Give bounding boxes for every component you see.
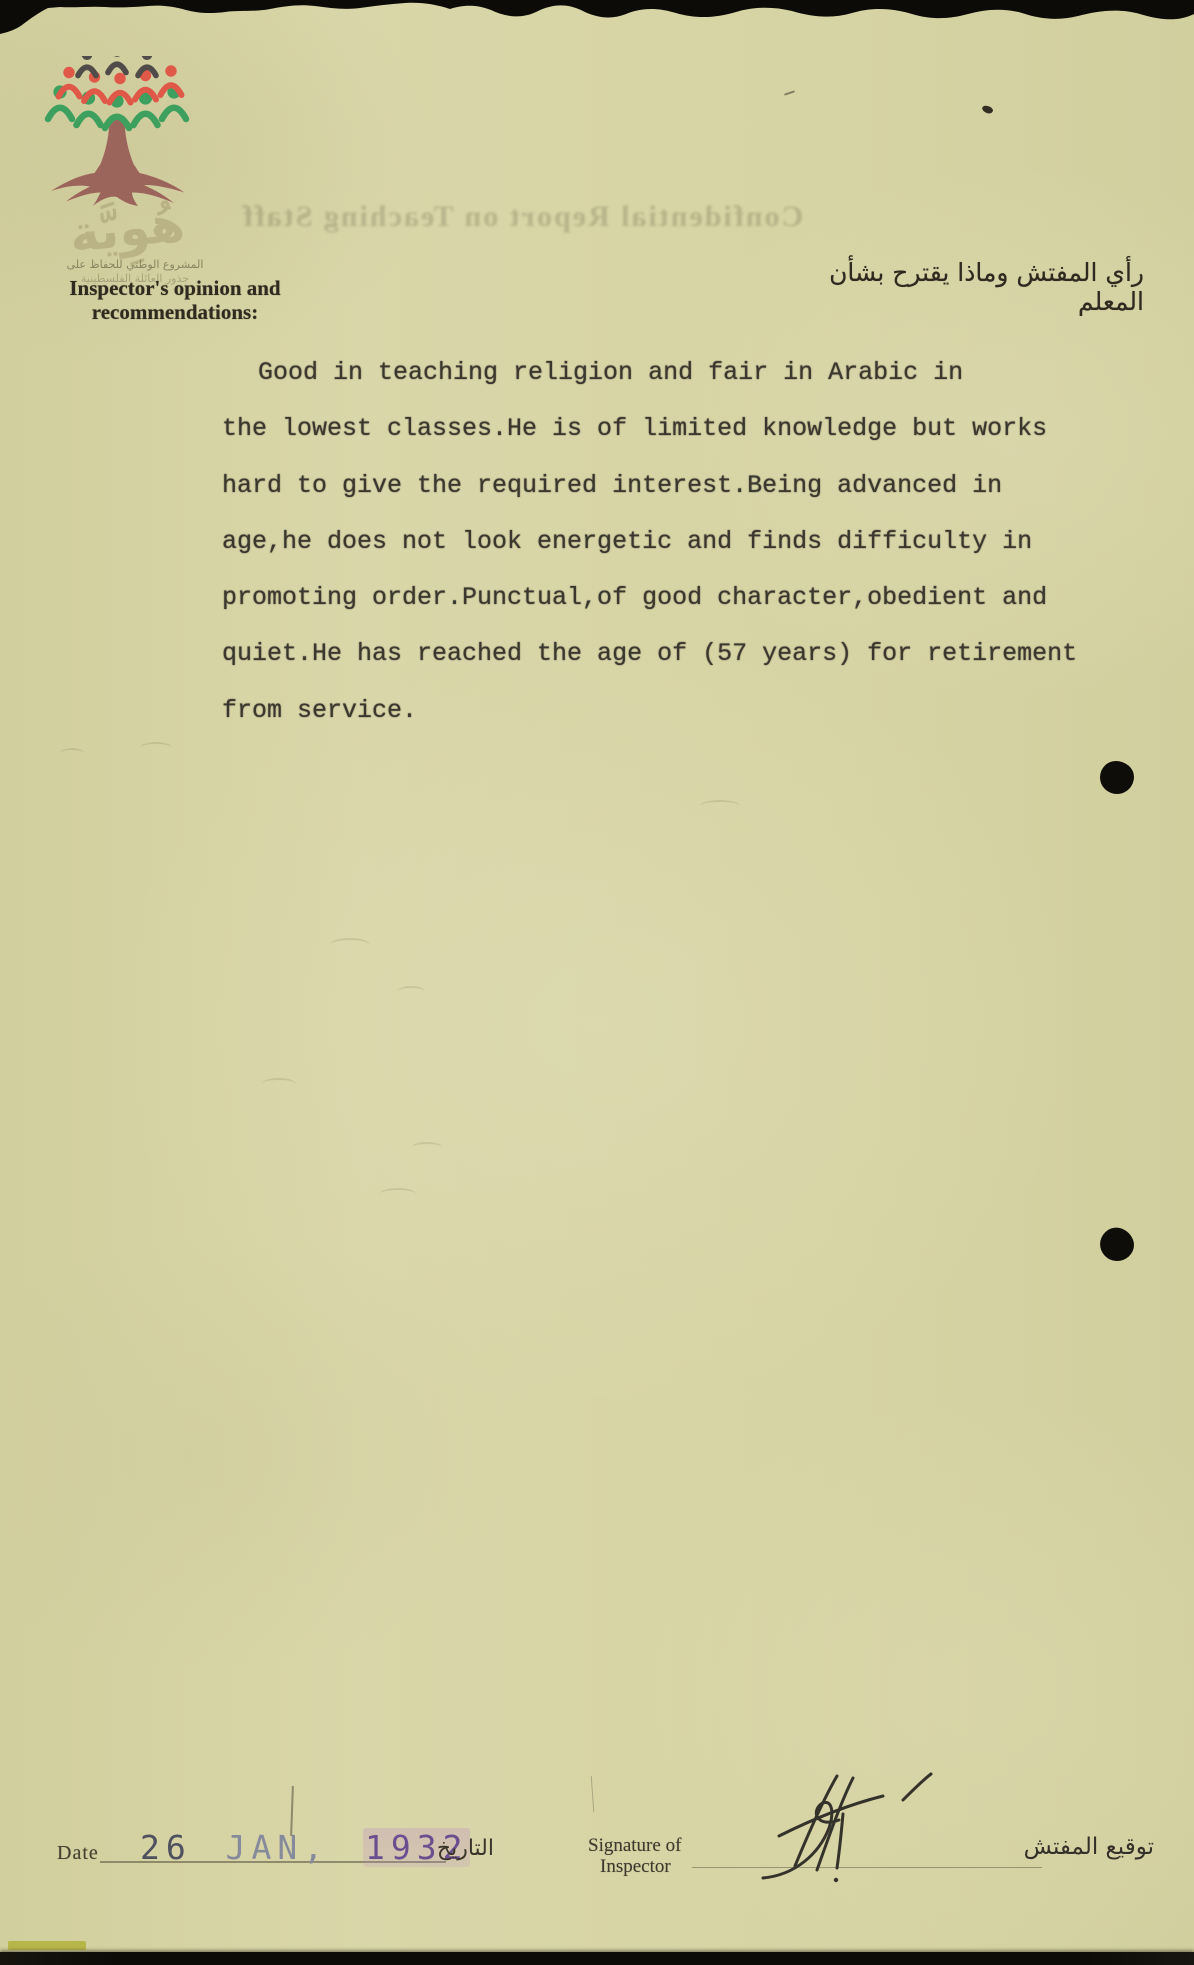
pencil-smudge	[140, 742, 172, 754]
bleedthrough-title: Confidential Report on Teaching Staff	[172, 200, 872, 234]
signature-label-line1: Signature of	[588, 1835, 681, 1856]
report-line: the lowest classes.He is of limited know…	[222, 414, 1122, 470]
inspectors-opinion-label-line1: Inspector's opinion and	[46, 276, 304, 300]
date-stamp-month: JAN,	[226, 1828, 329, 1867]
report-line: Good in teaching religion and fair in Ar…	[222, 358, 1122, 414]
date-stamp: 26 JAN, 1932	[140, 1828, 470, 1867]
tree-of-people-icon	[42, 56, 192, 206]
report-line: hard to give the required interest.Being…	[222, 471, 1122, 527]
inspectors-opinion-label: Inspector's opinion and recommendations:	[46, 276, 304, 324]
inspectors-opinion-label-line2: recommendations:	[46, 300, 304, 324]
report-line: from service.	[222, 696, 1122, 752]
document-page: هُوِيَّة المشروع الوطني للحفاظ على جذور …	[0, 0, 1194, 1965]
punch-hole-dot	[1100, 761, 1134, 794]
huwiyya-logo: هُوِيَّة المشروع الوطني للحفاظ على جذور …	[38, 54, 228, 294]
date-stamp-day: 26	[140, 1828, 192, 1867]
report-line: promoting order.Punctual,of good charact…	[222, 583, 1122, 639]
punch-hole-dot	[1095, 1222, 1140, 1266]
report-line: quiet.He has reached the age of (57 year…	[222, 639, 1122, 695]
signature-label-line2: Inspector	[588, 1856, 681, 1877]
signature-label-arabic: توقيع المفتش	[1004, 1834, 1154, 1860]
date-label-arabic: التاريخ	[424, 1836, 494, 1861]
scan-edge-bar	[0, 1952, 1194, 1965]
inspectors-opinion-label-arabic: رأي المفتش وماذا يقترح بشأن المعلم	[824, 258, 1144, 316]
pen-dash-mark	[784, 90, 795, 95]
pencil-smudge	[398, 986, 424, 996]
ink-speck	[981, 104, 994, 115]
date-label: Date	[57, 1842, 99, 1865]
scan-artifact-strip	[8, 1941, 86, 1950]
report-line: age,he does not look energetic and finds…	[222, 527, 1122, 583]
logo-org-line-1: المشروع الوطني للحفاظ على	[30, 258, 240, 271]
pen-scratch	[591, 1776, 595, 1812]
pencil-smudge	[60, 748, 84, 758]
report-body: Good in teaching religion and fair in Ar…	[222, 358, 1122, 752]
pencil-smudge	[380, 1188, 416, 1200]
pencil-smudge	[412, 1142, 442, 1152]
signature-label: Signature of Inspector	[588, 1835, 681, 1877]
torn-paper-edge	[0, 0, 1194, 36]
pencil-smudge	[700, 800, 740, 812]
inspector-signature	[735, 1770, 950, 1885]
pencil-smudge	[330, 938, 370, 952]
pencil-smudge	[262, 1078, 296, 1090]
